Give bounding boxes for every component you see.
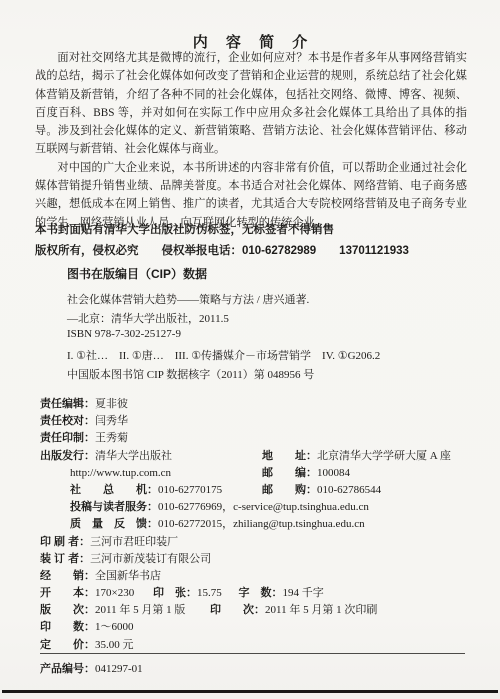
editor-label: 责任编辑： bbox=[40, 398, 95, 410]
product-number-label: 产品编号： bbox=[40, 663, 95, 675]
colophon-row-price: 定 价：35.00 元 bbox=[40, 637, 472, 654]
postcode-value: 100084 bbox=[317, 467, 350, 479]
cip-classification: I. ①社… II. ①唐… III. ①传播媒介－市场营销学 IV. ①G20… bbox=[67, 347, 380, 363]
impression-value: 2011 年 5 月第 1 次印刷 bbox=[265, 604, 377, 616]
address-label: 地 址： bbox=[262, 450, 317, 462]
colophon-row-binder: 装 订 者：三河市新茂装订有限公司 bbox=[40, 551, 472, 568]
separator-line bbox=[40, 653, 465, 654]
print-supervisor-label: 责任印制： bbox=[40, 432, 95, 444]
impression-group: 印 次：2011 年 5 月第 1 次印刷 bbox=[210, 602, 377, 619]
publisher-label: 出版发行： bbox=[40, 450, 95, 462]
price-label: 定 价： bbox=[40, 639, 95, 651]
impression-label: 印 次： bbox=[210, 604, 265, 616]
word-count-label: 字 数： bbox=[238, 587, 282, 599]
colophon-row-print-supervisor: 责任印制：王秀菊 bbox=[40, 430, 472, 447]
proofreader-value: 闫秀华 bbox=[95, 415, 128, 427]
postcode-group: 邮 编：100084 bbox=[262, 465, 350, 482]
address-value: 北京清华大学学研大厦 A 座 bbox=[317, 450, 451, 462]
sheets-value: 15.75 bbox=[197, 587, 222, 599]
product-number-value: 041297-01 bbox=[95, 663, 143, 675]
cip-title-line: 社会化媒体营销大趋势——策略与方法 / 唐兴通著. bbox=[67, 291, 309, 307]
anti-piracy-notice: 本书封面贴有清华大学出版社防伪标签，无标签者不得销售 bbox=[35, 221, 334, 237]
cip-record-number: 中国版本图书馆 CIP 数据核字（2011）第 048956 号 bbox=[67, 366, 314, 382]
printer-value: 三河市君旺印装厂 bbox=[90, 536, 178, 548]
printer-label: 印 刷 者： bbox=[40, 536, 90, 548]
switchboard-value: 010-62770175 bbox=[158, 484, 222, 496]
mail-order-label: 邮 购： bbox=[262, 484, 317, 496]
colophon-row-format: 开 本：170×230 印 张：15.75 字 数：194 千字 bbox=[40, 585, 472, 602]
colophon-row-distributor: 经 销：全国新华书店 bbox=[40, 568, 472, 585]
binder-value: 三河市新茂装订有限公司 bbox=[90, 553, 211, 565]
edition-value: 2011 年 5 月第 1 版 bbox=[95, 604, 185, 616]
distributor-label: 经 销： bbox=[40, 570, 95, 582]
address-group: 地 址：北京清华大学学研大厦 A 座 bbox=[262, 448, 451, 465]
reader-service-value: 010-62776969，c-service@tup.tsinghua.edu.… bbox=[158, 501, 369, 513]
binder-label: 装 订 者： bbox=[40, 553, 90, 565]
word-count-value: 194 千字 bbox=[282, 587, 323, 599]
sheets-label: 印 张： bbox=[153, 587, 197, 599]
reader-service-label: 投稿与读者服务： bbox=[70, 501, 158, 513]
mail-order-group: 邮 购：010-62786544 bbox=[262, 482, 381, 499]
colophon-row-publisher: 出版发行：清华大学出版社 地 址：北京清华大学学研大厦 A 座 bbox=[40, 448, 472, 465]
quality-feedback-label: 质 量 反 馈： bbox=[70, 518, 158, 530]
colophon-row-editor: 责任编辑：夏非彼 bbox=[40, 396, 472, 413]
publisher-website-link: http://www.tup.com.cn bbox=[70, 467, 171, 479]
distributor-value: 全国新华书店 bbox=[95, 570, 161, 582]
edition-label: 版 次： bbox=[40, 604, 95, 616]
format-label: 开 本： bbox=[40, 587, 95, 599]
intro-text: 面对社交网络尤其是微博的流行，企业如何应对？本书是作者多年从事网络营销实战的总结… bbox=[35, 49, 467, 232]
product-number-row: 产品编号：041297-01 bbox=[40, 661, 143, 678]
colophon: 责任编辑：夏非彼 责任校对：闫秀华 责任印制：王秀菊 出版发行：清华大学出版社 … bbox=[40, 396, 472, 654]
postcode-label: 邮 编： bbox=[262, 467, 317, 479]
print-run-value: 1～6000 bbox=[95, 621, 134, 633]
colophon-row-print-run: 印 数：1～6000 bbox=[40, 619, 472, 636]
colophon-row-edition: 版 次：2011 年 5 月第 1 版 印 次：2011 年 5 月第 1 次印… bbox=[40, 602, 472, 619]
intro-paragraph-1: 面对社交网络尤其是微博的流行，企业如何应对？本书是作者多年从事网络营销实战的总结… bbox=[35, 49, 467, 159]
price-value: 35.00 元 bbox=[95, 639, 134, 651]
format-value: 170×230 bbox=[95, 587, 134, 599]
print-supervisor-value: 王秀菊 bbox=[95, 432, 128, 444]
cip-header: 图书在版编目（CIP）数据 bbox=[67, 265, 207, 282]
copyright-notice: 版权所有，侵权必究 侵权举报电话：010-62782989 1370112193… bbox=[35, 242, 409, 258]
print-run-label: 印 数： bbox=[40, 621, 95, 633]
colophon-row-proofreader: 责任校对：闫秀华 bbox=[40, 413, 472, 430]
colophon-row-switchboard: 社 总 机：010-62770175 邮 购：010-62786544 bbox=[40, 482, 472, 499]
quality-feedback-value: 010-62772015，zhiliang@tup.tsinghua.edu.c… bbox=[158, 518, 365, 530]
bottom-rule bbox=[2, 690, 498, 693]
copyright-page: 内 容 简 介 面对社交网络尤其是微博的流行，企业如何应对？本书是作者多年从事网… bbox=[0, 0, 500, 699]
proofreader-label: 责任校对： bbox=[40, 415, 95, 427]
colophon-row-quality-feedback: 质 量 反 馈：010-62772015，zhiliang@tup.tsingh… bbox=[40, 516, 472, 533]
colophon-row-printer: 印 刷 者：三河市君旺印装厂 bbox=[40, 534, 472, 551]
mail-order-value: 010-62786544 bbox=[317, 484, 381, 496]
publisher-value: 清华大学出版社 bbox=[95, 450, 172, 462]
colophon-row-website: http://www.tup.com.cn 邮 编：100084 bbox=[40, 465, 472, 482]
cip-isbn: ISBN 978-7-302-25127-9 bbox=[67, 328, 181, 340]
editor-value: 夏非彼 bbox=[95, 398, 128, 410]
switchboard-label: 社 总 机： bbox=[70, 484, 158, 496]
colophon-row-reader-service: 投稿与读者服务：010-62776969，c-service@tup.tsing… bbox=[40, 499, 472, 516]
cip-imprint-line: —北京：清华大学出版社，2011.5 bbox=[67, 310, 229, 326]
